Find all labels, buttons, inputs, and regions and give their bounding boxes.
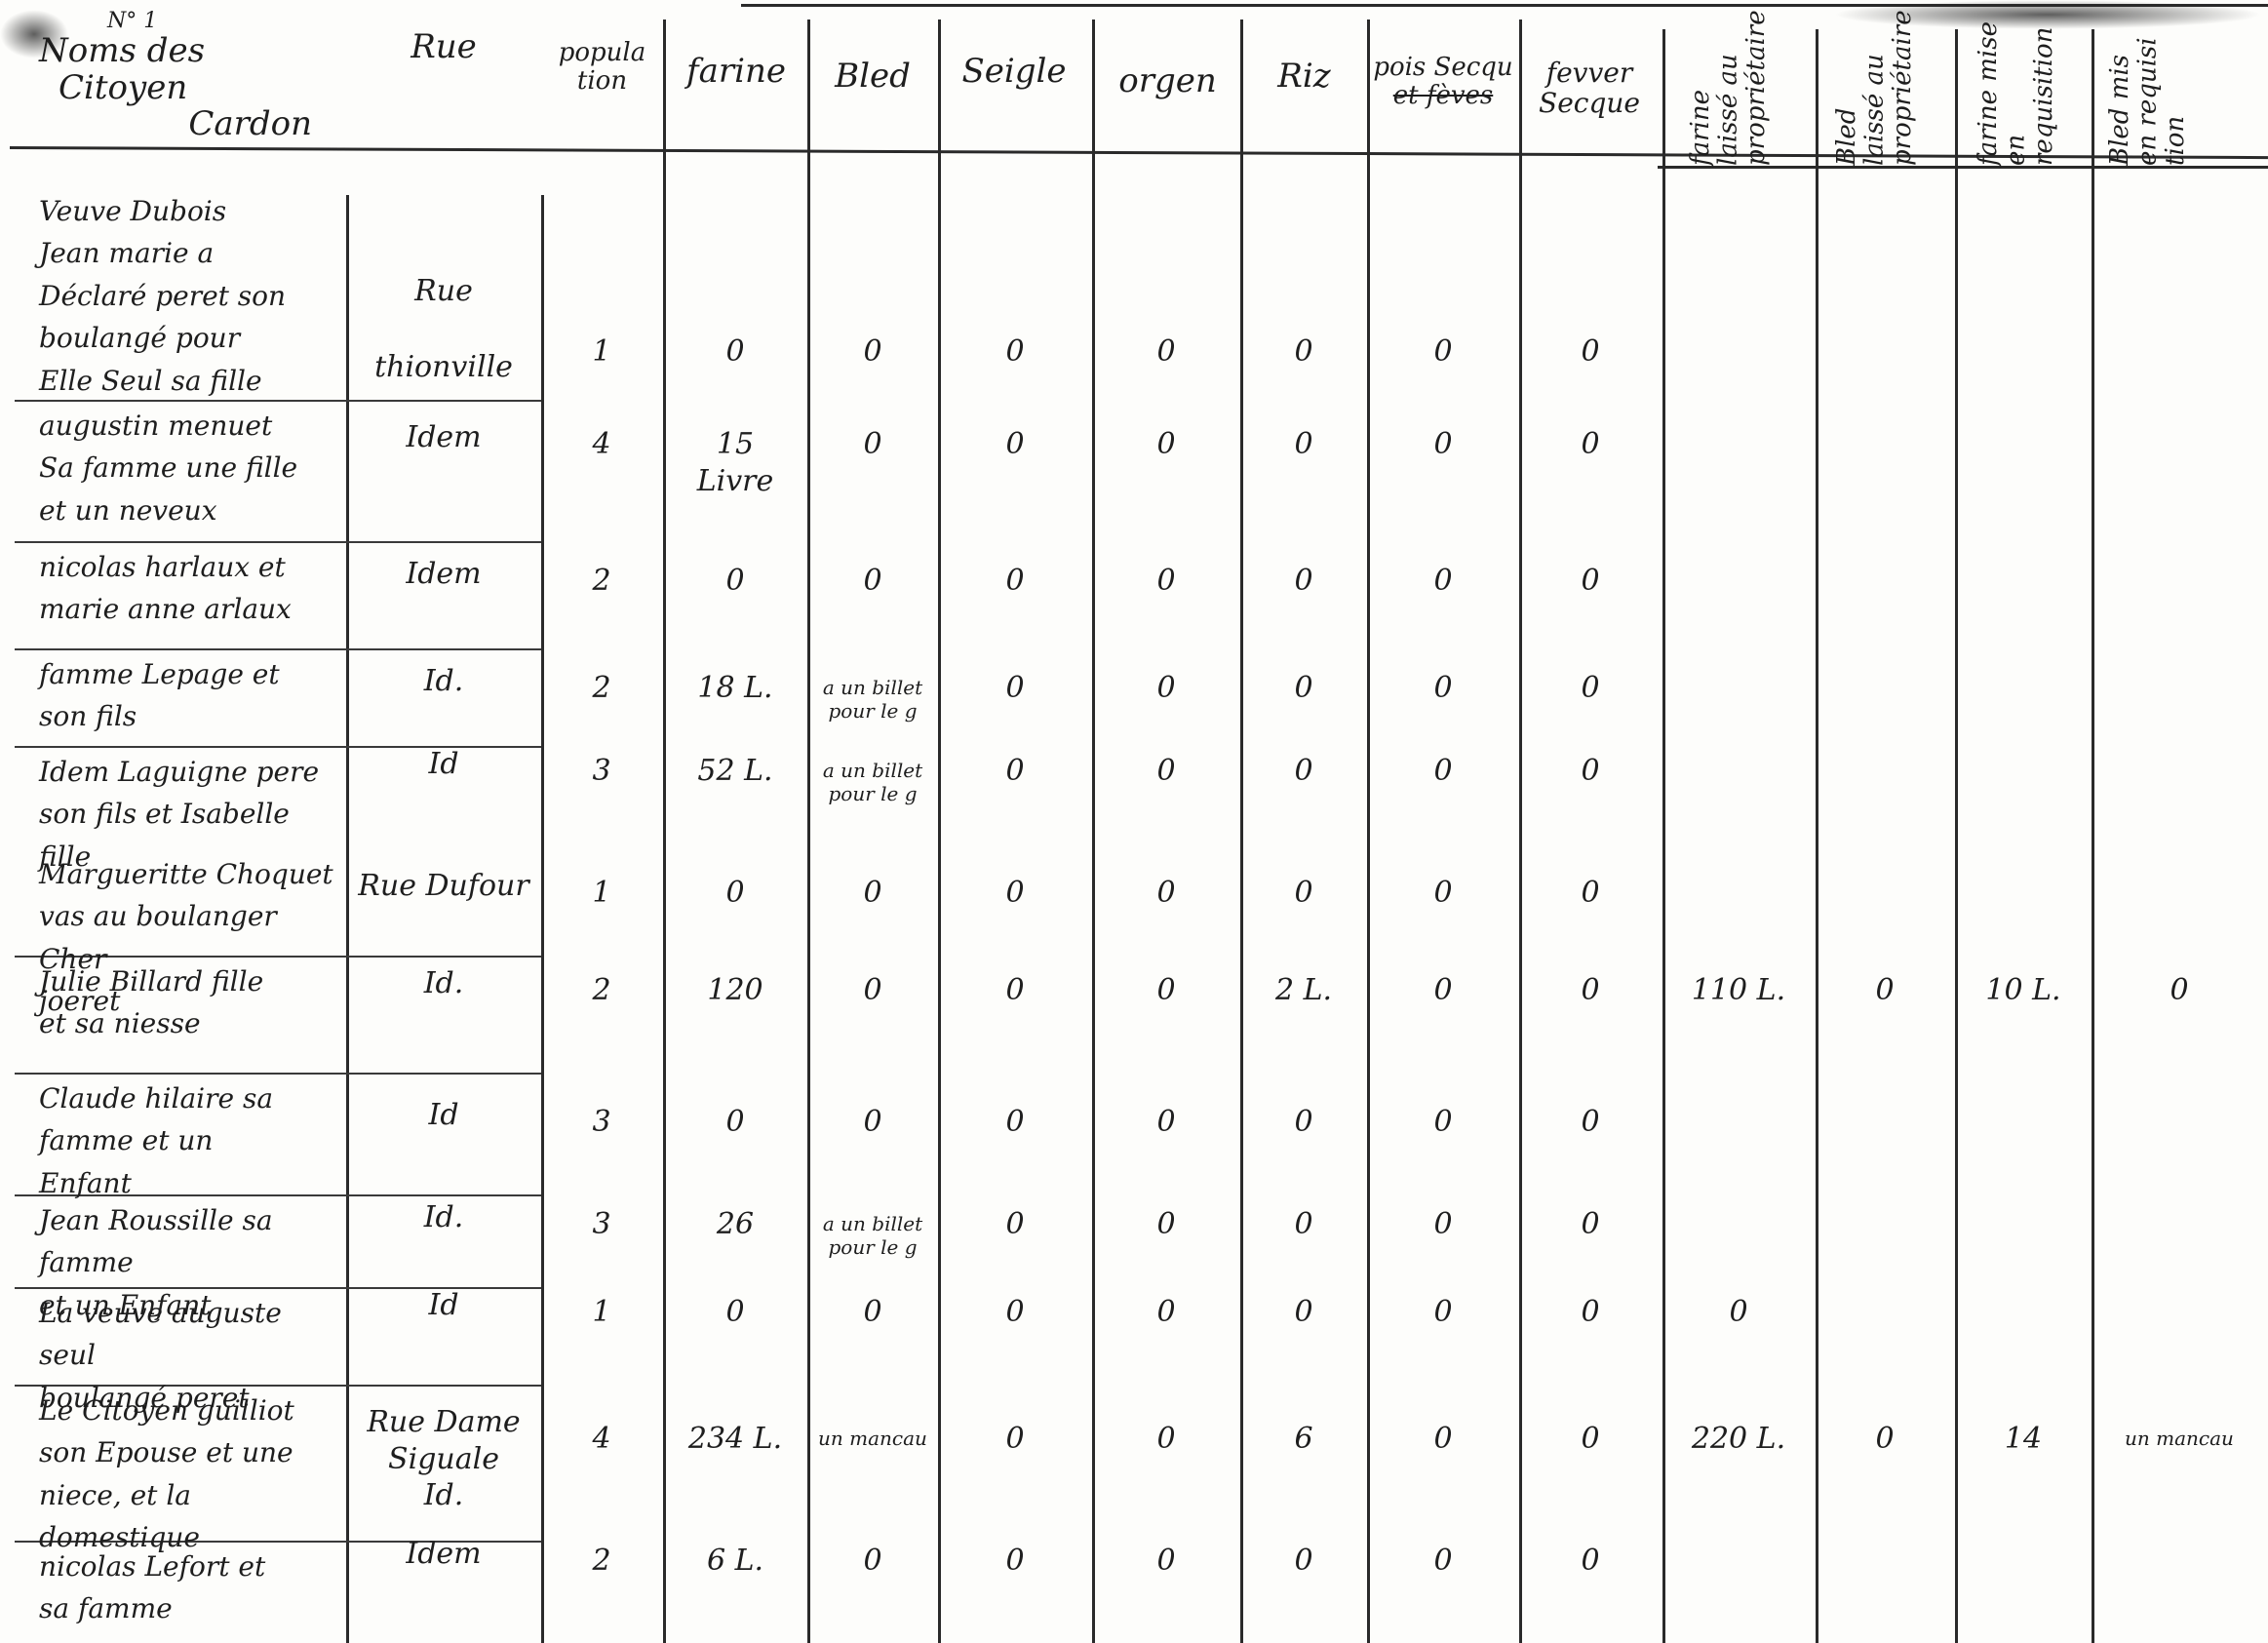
farine-value: 0: [677, 1294, 794, 1331]
header-pois: pois Secqu et fèves: [1370, 54, 1516, 109]
column-rule: [663, 20, 666, 1643]
seigle-value: 0: [957, 426, 1074, 463]
bled-laisse-value: 0: [1826, 1421, 1943, 1458]
bled-value: 0: [814, 1294, 931, 1331]
seigle-value: 0: [957, 1206, 1074, 1243]
citizen-name: Claude hilaire safamme et unEnfant: [39, 1077, 341, 1204]
farine-value: 52 L.: [677, 753, 794, 790]
column-rule: [938, 20, 941, 1643]
pois-value: 0: [1385, 1294, 1502, 1331]
column-rule: [2092, 29, 2094, 1643]
street-name: Id.: [346, 663, 541, 700]
citizen-name: famme Lepage etson fils: [39, 653, 341, 738]
riz-value: 0: [1245, 875, 1362, 912]
header-farine-mise: farine mise en requisition: [1975, 20, 2058, 166]
riz-value: 0: [1245, 1294, 1362, 1331]
bled-value: 0: [814, 1104, 931, 1141]
bled-value: 0: [814, 1543, 931, 1580]
orge-value: 0: [1108, 426, 1225, 463]
bled-mis-value: un mancau: [2116, 1427, 2243, 1450]
citizen-name: Veuve DuboisJean marie aDéclaré peret so…: [39, 190, 341, 402]
orge-value: 0: [1108, 1294, 1225, 1331]
riz-value: 0: [1245, 1104, 1362, 1141]
street-name: Id.: [346, 1199, 541, 1236]
column-rule: [807, 20, 810, 1643]
seigle-value: 0: [957, 972, 1074, 1009]
street-name: Rue Dufour: [346, 868, 541, 905]
header-top-rule: [741, 4, 2268, 7]
pois-value: 0: [1385, 875, 1502, 912]
header-bled: Bled: [814, 59, 931, 95]
seigle-value: 0: [957, 1104, 1074, 1141]
seigle-value: 0: [957, 670, 1074, 707]
farine-laissee-value: 0: [1680, 1294, 1797, 1331]
header-feves: fevver Secque: [1521, 59, 1658, 119]
riz-value: 0: [1245, 670, 1362, 707]
riz-value: 0: [1245, 753, 1362, 790]
population-value: 4: [543, 426, 660, 463]
seigle-value: 0: [957, 1421, 1074, 1458]
citizen-name: nicolas Lefort etsa famme: [39, 1545, 341, 1630]
row-divider: [15, 541, 541, 543]
column-rule: [1519, 20, 1522, 1643]
riz-value: 0: [1245, 1543, 1362, 1580]
bled-mis-value: 0: [2121, 972, 2238, 1009]
bled-value: un mancau: [809, 1427, 936, 1450]
orge-value: 0: [1108, 875, 1225, 912]
riz-value: 2 L.: [1245, 972, 1362, 1009]
column-rule: [1955, 29, 1958, 1643]
pois-value: 0: [1385, 972, 1502, 1009]
citizen-name: nicolas harlaux etmarie anne arlaux: [39, 546, 341, 631]
orge-value: 0: [1108, 972, 1225, 1009]
feves-value: 0: [1532, 333, 1649, 371]
farine-laissee-value: 220 L.: [1680, 1421, 1797, 1458]
feves-value: 0: [1532, 563, 1649, 600]
farine-value: 0: [677, 1104, 794, 1141]
bled-value: a un billet pour le g: [809, 676, 936, 723]
orge-value: 0: [1108, 753, 1225, 790]
citizen-name: augustin menuetSa famme une filleet un n…: [39, 405, 341, 531]
street-name: Idem: [346, 1536, 541, 1573]
street-name: Idem: [346, 556, 541, 593]
feves-value: 0: [1532, 972, 1649, 1009]
population-value: 2: [543, 972, 660, 1009]
pois-value: 0: [1385, 1206, 1502, 1243]
street-name: Id.: [346, 965, 541, 1002]
pois-value: 0: [1385, 1543, 1502, 1580]
feves-value: 0: [1532, 1206, 1649, 1243]
seigle-value: 0: [957, 1294, 1074, 1331]
right-header-bottom-rule: [1658, 166, 2268, 169]
farine-value: 0: [677, 875, 794, 912]
population-value: 3: [543, 1206, 660, 1243]
column-rule: [1816, 29, 1818, 1643]
population-value: 4: [543, 1421, 660, 1458]
pois-value: 0: [1385, 1421, 1502, 1458]
population-value: 3: [543, 753, 660, 790]
pois-value: 0: [1385, 1104, 1502, 1141]
street-name: Id: [346, 1097, 541, 1134]
pois-value: 0: [1385, 670, 1502, 707]
header-riz: Riz: [1243, 59, 1365, 95]
farine-value: 15 Livre: [677, 426, 794, 499]
census-sheet: N° 1 Noms des Citoyen Cardon Rue popula …: [0, 0, 2268, 1643]
population-value: 2: [543, 563, 660, 600]
feves-value: 0: [1532, 670, 1649, 707]
citizen-name: Julie Billard filleet sa niesse: [39, 960, 341, 1045]
column-rule: [1240, 20, 1243, 1643]
header-mark: N° 1: [107, 10, 332, 33]
farine-mise-value: 14: [1965, 1421, 2082, 1458]
orge-value: 0: [1108, 1206, 1225, 1243]
population-value: 1: [543, 1294, 660, 1331]
riz-value: 0: [1245, 1206, 1362, 1243]
farine-value: 0: [677, 563, 794, 600]
header-farine: farine: [673, 54, 800, 90]
riz-value: 0: [1245, 563, 1362, 600]
header-bled-mis: Bled mis en requisi tion: [2106, 29, 2190, 166]
farine-value: 120: [677, 972, 794, 1009]
header-orge: orgen: [1097, 63, 1238, 99]
population-value: 2: [543, 1543, 660, 1580]
riz-value: 0: [1245, 426, 1362, 463]
seigle-value: 0: [957, 563, 1074, 600]
row-divider: [15, 1073, 541, 1075]
column-rule: [1367, 20, 1370, 1643]
column-rule: [1662, 29, 1665, 1643]
bled-value: a un billet pour le g: [809, 1212, 936, 1259]
pois-value: 0: [1385, 753, 1502, 790]
orge-value: 0: [1108, 333, 1225, 371]
feves-value: 0: [1532, 875, 1649, 912]
feves-value: 0: [1532, 753, 1649, 790]
header-population: popula tion: [546, 39, 658, 95]
row-divider: [15, 648, 541, 650]
street-name: Idem: [346, 419, 541, 456]
orge-value: 0: [1108, 563, 1225, 600]
street-name: Id: [346, 1287, 541, 1324]
seigle-value: 0: [957, 875, 1074, 912]
population-value: 3: [543, 1104, 660, 1141]
bled-laisse-value: 0: [1826, 972, 1943, 1009]
street-name: Ruethionville: [346, 273, 541, 424]
seigle-value: 0: [957, 753, 1074, 790]
header-seigle: Seigle: [941, 54, 1087, 90]
seigle-value: 0: [957, 1543, 1074, 1580]
pois-value: 0: [1385, 563, 1502, 600]
farine-laissee-value: 110 L.: [1680, 972, 1797, 1009]
feves-value: 0: [1532, 1294, 1649, 1331]
street-name: Id: [346, 746, 541, 783]
farine-value: 0: [677, 333, 794, 371]
bled-value: 0: [814, 333, 931, 371]
farine-value: 234 L.: [677, 1421, 794, 1458]
seigle-value: 0: [957, 333, 1074, 371]
header-bottom-rule: [10, 146, 2268, 159]
header-rue: Rue: [361, 29, 527, 65]
bled-value: 0: [814, 426, 931, 463]
population-value: 2: [543, 670, 660, 707]
feves-value: 0: [1532, 1104, 1649, 1141]
orge-value: 0: [1108, 1543, 1225, 1580]
feves-value: 0: [1532, 1421, 1649, 1458]
bled-value: 0: [814, 563, 931, 600]
population-value: 1: [543, 875, 660, 912]
orge-value: 0: [1108, 670, 1225, 707]
pois-value: 0: [1385, 333, 1502, 371]
farine-mise-value: 10 L.: [1965, 972, 2082, 1009]
header-bled-laisse: Bled laissé au propriétaire: [1833, 29, 1917, 166]
orge-value: 0: [1108, 1421, 1225, 1458]
column-rule: [1092, 20, 1095, 1643]
street-name: Rue DameSigualeId.: [346, 1404, 541, 1514]
feves-value: 0: [1532, 1543, 1649, 1580]
farine-value: 6 L.: [677, 1543, 794, 1580]
feves-value: 0: [1532, 426, 1649, 463]
orge-value: 0: [1108, 1104, 1225, 1141]
bled-value: 0: [814, 972, 931, 1009]
citizen-name: Le Citoyen guilliotson Epouse et uneniec…: [39, 1389, 341, 1559]
riz-value: 6: [1245, 1421, 1362, 1458]
bled-value: 0: [814, 875, 931, 912]
header-farine-laissee: farine laissé au propriétaire: [1687, 20, 1771, 166]
population-value: 1: [543, 333, 660, 371]
bled-value: a un billet pour le g: [809, 759, 936, 805]
header-noms: N° 1 Noms des Citoyen Cardon: [39, 10, 332, 142]
farine-value: 26: [677, 1206, 794, 1243]
riz-value: 0: [1245, 333, 1362, 371]
pois-value: 0: [1385, 426, 1502, 463]
farine-value: 18 L.: [677, 670, 794, 707]
